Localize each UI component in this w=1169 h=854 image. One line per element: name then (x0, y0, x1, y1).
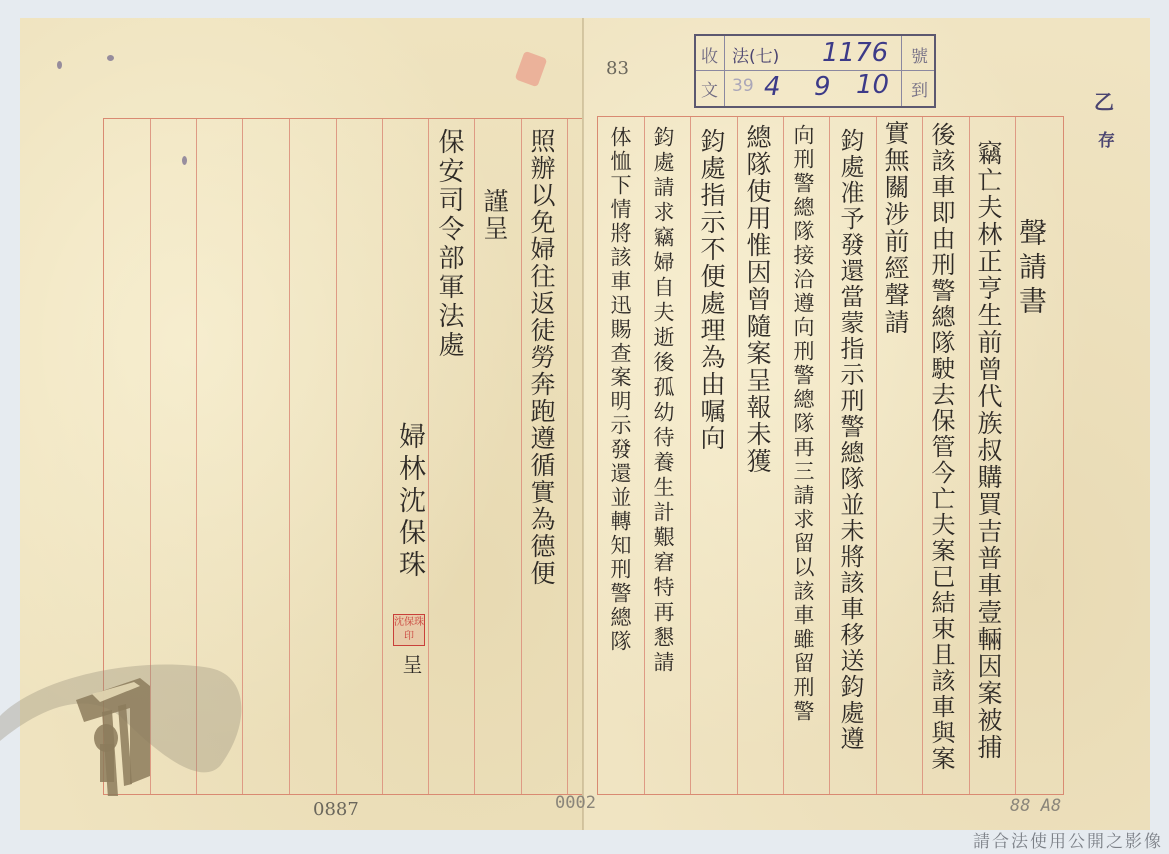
body-column-9: 体恤下情將該車迅賜查案明示發還並轉知刑警總隊 (609, 126, 630, 654)
column-rule (567, 119, 568, 794)
column-rule (474, 119, 475, 794)
stamp-handwritten-number: 1176 (822, 38, 888, 68)
stamp-divider (901, 36, 902, 106)
addressee: 保安司令部軍法處 (436, 128, 462, 360)
body-column-1: 竊亡夫林正亨生前曾代族叔購買吉普車壹輛因案被捕 (976, 140, 1001, 761)
stamp-date-month: 9 (814, 72, 831, 102)
document-title: 聲請書 (1017, 218, 1045, 320)
archive-number-center: 0002 (555, 793, 596, 813)
column-rule (289, 119, 290, 794)
stamp-suffix-number: 號 (911, 42, 928, 67)
ink-smudge (182, 156, 187, 165)
ink-smudge (57, 61, 62, 69)
column-rule (969, 117, 970, 794)
stamp-date-year: 4 (764, 72, 781, 102)
column-rule (336, 119, 337, 794)
column-rule (876, 117, 877, 794)
body-column-4: 鈞處准予發還當蒙指示刑警總隊並未將該車移送鈞處遵 (838, 128, 862, 752)
page-fold (582, 18, 584, 830)
column-rule (783, 117, 784, 794)
stamp-label-receive: 收 (701, 42, 718, 67)
column-rule (428, 119, 429, 794)
signature-seal: 沈保珠印 (393, 614, 425, 646)
stamp-divider (696, 70, 934, 71)
signature-name: 婦林沈保珠 (396, 422, 423, 582)
archive-number-left: 0887 (313, 799, 359, 820)
registration-stamp: 收 文 法(七) 39 1176 4 9 10 號 到 (694, 34, 936, 108)
stamp-label-document: 文 (701, 76, 718, 101)
pencil-note: 88 A8 (1010, 796, 1061, 816)
column-rule (690, 117, 691, 794)
body-column-3: 實無關涉前經聲請 (883, 120, 908, 336)
column-rule (737, 117, 738, 794)
body-column-6: 總隊使用惟因曾隨案呈報未獲 (745, 124, 770, 475)
column-rule (922, 117, 923, 794)
corner-mark-2: 存 (1098, 126, 1115, 151)
respectfully-submitted: 謹呈 (482, 188, 507, 242)
usage-notice: 請合法使用公開之影像 (973, 827, 1163, 852)
archive-watermark-logo (0, 656, 250, 796)
body-column-2: 後該車即由刑警總隊駛去保管今亡夫案已結束且該車與案 (929, 122, 953, 772)
stamp-divider (724, 36, 725, 106)
ink-smudge (107, 55, 114, 61)
column-rule (644, 117, 645, 794)
column-rule (521, 119, 522, 794)
closing-column: 照辦以免婦往返徒勞奔跑遵循實為德便 (529, 128, 554, 587)
column-rule (829, 117, 830, 794)
column-rule (382, 119, 383, 794)
body-column-7: 鈞處指示不便處理為由嘱向 (699, 128, 724, 452)
stamp-prefix-law: 法(七) (732, 42, 779, 67)
body-column-8: 鈞處請求竊婦自夫逝後孤幼待養生計艱窘特再懇請 (652, 126, 673, 676)
page-stamp-number: 83 (606, 58, 629, 79)
stamp-suffix-arrived: 到 (911, 76, 928, 101)
corner-mark-1: 乙 (1094, 86, 1114, 115)
stamp-prefix-number: 39 (732, 76, 754, 96)
body-column-5: 向刑警總隊接洽遵向刑警總隊再三請求留以該車雖留刑警 (792, 124, 813, 724)
signature-closing: 呈 (401, 654, 421, 676)
stamp-date-day: 10 (856, 70, 889, 100)
